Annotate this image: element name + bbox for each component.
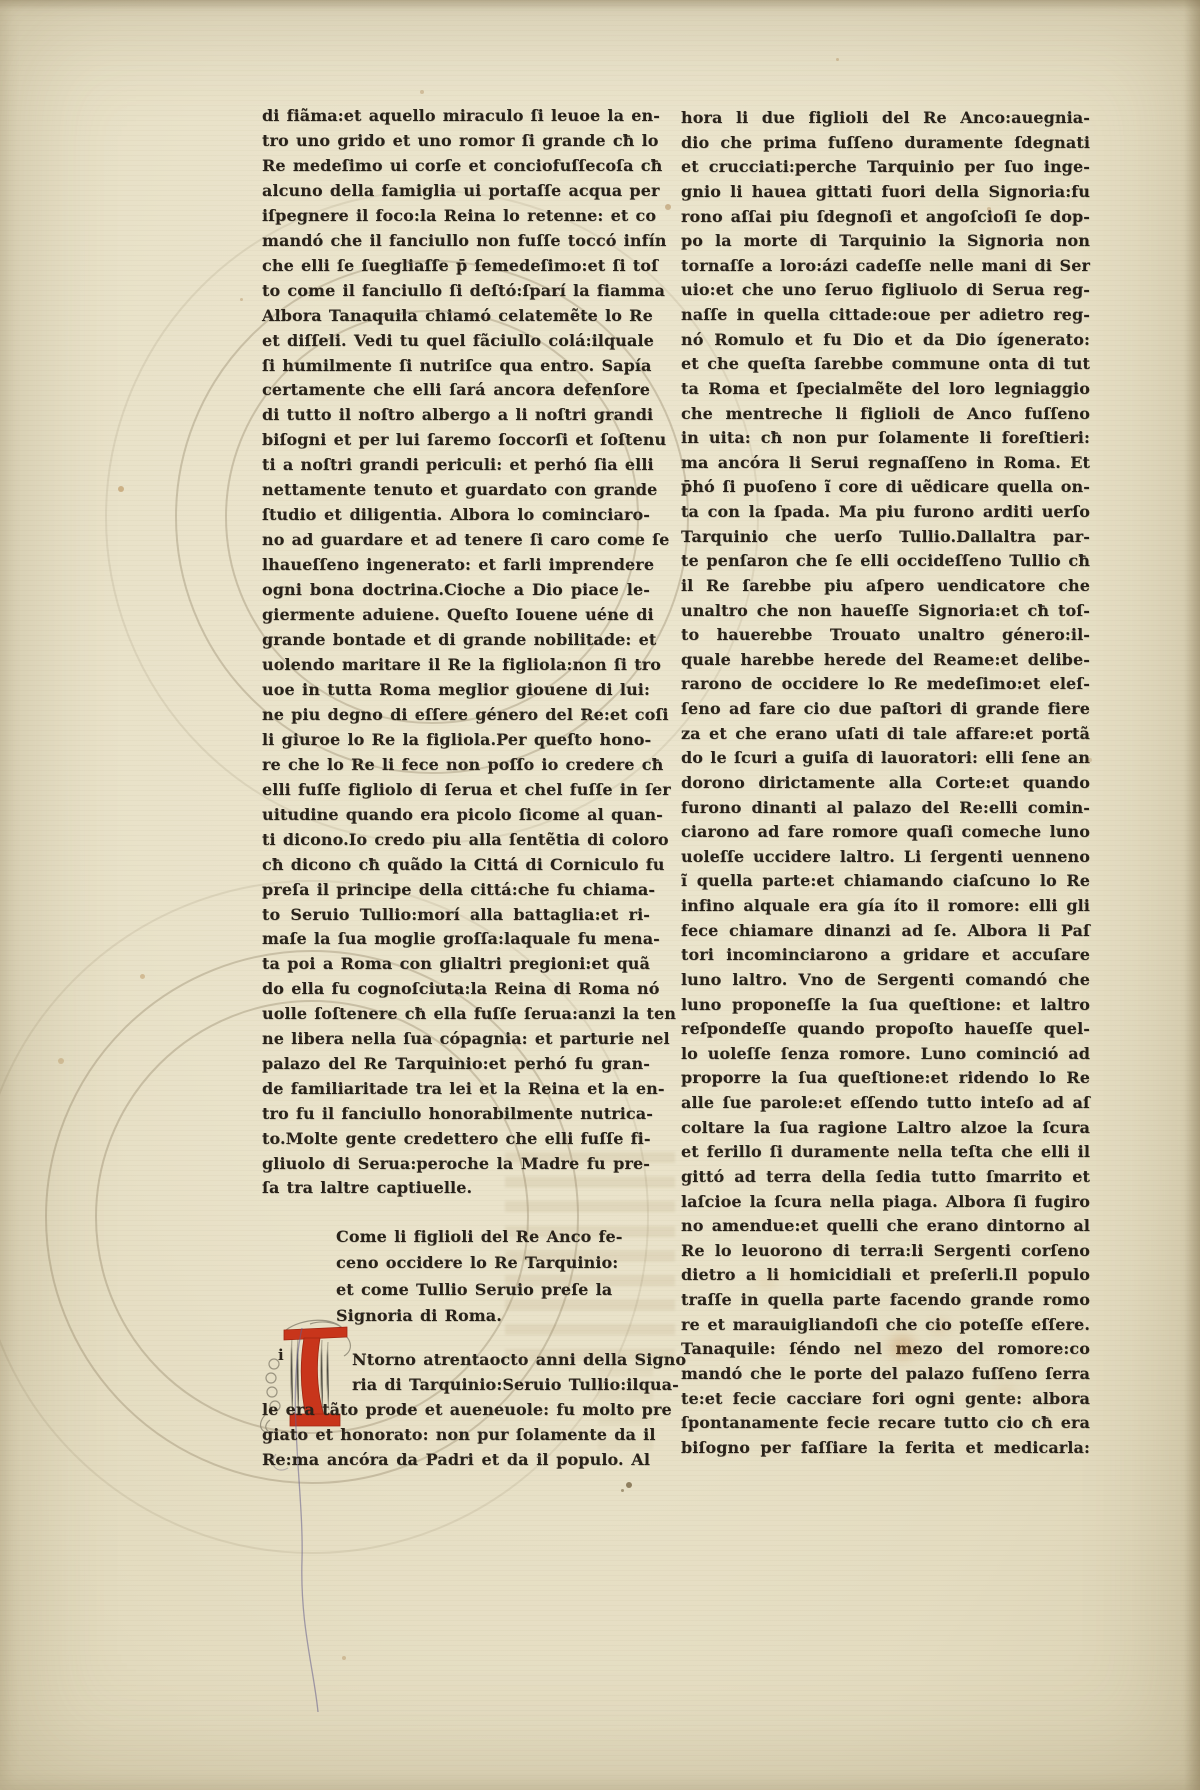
text-line: traſſe in quella parte facendo grande ro…	[681, 1288, 1090, 1313]
text-line: re che lo Re li fece non poſſo io creder…	[262, 753, 650, 778]
foxing-spot	[836, 58, 839, 61]
text-line: tro fu il fanciullo honorabilmente nutri…	[262, 1102, 650, 1127]
text-line: uoleſſe uccidere laltro. Li ſergenti uen…	[681, 845, 1090, 870]
text-line: ti dicono.Io credo piu alla ſentẽtia di …	[262, 828, 650, 853]
text-line: et come Tullio Seruio preſe la	[336, 1277, 666, 1303]
text-line: Ntorno atrentaocto anni della Signo	[352, 1348, 648, 1373]
text-line: uolendo maritare il Re la figliola:non ſ…	[262, 653, 650, 678]
text-line: ogni bona doctrina.Cioche a Dio piace le…	[262, 578, 650, 603]
text-line: do le ſcuri a guiſa di lauoratori: elli …	[681, 746, 1090, 771]
text-line: uolle ſoſtenere cħ ella fuſſe ſerua:anzi…	[262, 1002, 650, 1027]
ink-speck	[626, 1482, 632, 1488]
text-line: uoe in tutta Roma meglior giouene di lui…	[262, 678, 650, 703]
text-line: che mentreche li figlioli de Anco fuſſen…	[681, 402, 1090, 427]
text-line: ſtudio et diligentia. Albora lo comincia…	[262, 503, 650, 528]
text-line: gliuolo di Serua:peroche la Madre fu pre…	[262, 1152, 650, 1177]
foxing-spot	[118, 486, 124, 492]
text-line: Come li figlioli del Re Anco fe-	[336, 1224, 666, 1250]
text-line: coltare la ſua ragione Laltro alzoe la ſ…	[681, 1116, 1090, 1141]
text-line: certamente che elli ſará ancora defenſor…	[262, 378, 650, 403]
page-edge-shadow-top	[0, 0, 1200, 10]
text-line: luno laltro. Vno de Sergenti comandó che	[681, 968, 1090, 993]
text-line: le era tãto prode et aueneuole: fu molto…	[262, 1398, 650, 1423]
text-line: gnio li hauea gittati fuori della Signor…	[681, 180, 1090, 205]
text-line: ſeno ad fare cio due paſtori di grande f…	[681, 697, 1090, 722]
text-line: di fiãma:et aquello miraculo ſi leuoe la…	[262, 104, 650, 129]
ink-speck	[621, 1489, 624, 1492]
text-line: ſi humilmente ſi nutriſce qua entro. Sap…	[262, 354, 650, 379]
text-line: te:et fecie cacciare fori ogni gente: al…	[681, 1387, 1090, 1412]
text-line: il Re ſarebbe piu aſpero uendicatore che	[681, 574, 1090, 599]
text-line: Re:ma ancóra da Padri et da il populo. A…	[262, 1448, 650, 1473]
text-line: dorono dirictamente alla Corte:et quando	[681, 771, 1090, 796]
text-line: reſpondeſſe quando propoſto haueſſe quel…	[681, 1017, 1090, 1042]
text-line: elli fuſſe figliolo di ſerua et chel fuſ…	[262, 778, 650, 803]
text-line: uio:et che uno ſeruo figliuolo di Serua …	[681, 278, 1090, 303]
text-line: li giuroe lo Re la figliola.Per queſto h…	[262, 728, 650, 753]
text-line: luno proponeſſe la ſua queſtione: et lal…	[681, 993, 1090, 1018]
text-line: ĩ quella parte:et chiamando ciaſcuno lo …	[681, 869, 1090, 894]
foxing-spot	[240, 298, 243, 301]
text-line: to hauerebbe Trouato unaltro género:il-	[681, 623, 1090, 648]
text-line: ti a noſtri grandi periculi: et perhó ſi…	[262, 453, 650, 478]
text-line: rono aſſai piu ſdegnoſi et angoſcioſi ſe…	[681, 205, 1090, 230]
text-line: p̄hó ſi puoſeno ĩ core di uẽdicare quell…	[681, 475, 1090, 500]
text-line: ne piu degno di eſſere género del Re:et …	[262, 703, 650, 728]
text-line: nettamente tenuto et guardato con grande	[262, 478, 650, 503]
text-line: ria di Tarquinio:Seruio Tullio:ilqua-	[352, 1373, 648, 1398]
text-line: et crucciati:perche Tarquinio per ſuo in…	[681, 155, 1090, 180]
text-line: tro uno grido et uno romor ſi grande cħ …	[262, 129, 650, 154]
text-line: iſpegnere il foco:la Reina lo retenne: e…	[262, 204, 650, 229]
text-line: ne libera nella ſua cópagnia: et parturi…	[262, 1027, 650, 1052]
text-line: Re lo leuorono di terra:li Sergenti corſ…	[681, 1239, 1090, 1264]
text-line: ceno occidere lo Re Tarquinio:	[336, 1250, 666, 1276]
left-column: di fiãma:et aquello miraculo ſi leuoe la…	[262, 104, 650, 1177]
text-line: preſa il principe della cittá:che fu chi…	[262, 878, 650, 903]
text-line: no ad guardare et ad tenere ſi caro come…	[262, 528, 650, 553]
foxing-spot	[58, 1058, 64, 1064]
foxing-spot	[665, 204, 671, 210]
text-line: palazo del Re Tarquinio:et perhó fu gran…	[262, 1052, 650, 1077]
text-line: laſcioe la ſcura nella piaga. Albora ſi …	[681, 1190, 1090, 1215]
text-line: tornaſſe a loro:ázi cadeſſe nelle mani d…	[681, 254, 1090, 279]
text-line: unaltro che non haueſſe Signoria:et cħ t…	[681, 599, 1090, 624]
text-line: naſſe in quella cittade:oue per adietro …	[681, 303, 1090, 328]
text-line: cħ dicono cħ quãdo la Cittá di Corniculo…	[262, 853, 650, 878]
text-line: giermente aduiene. Queſto Iouene uéne di	[262, 603, 650, 628]
text-line: in uita: cħ non pur ſolamente li foreſti…	[681, 426, 1090, 451]
text-line: ciarono ad fare romore quaſi comeche lun…	[681, 820, 1090, 845]
text-line: ta Roma et ſpecialmẽte del loro legniagg…	[681, 377, 1090, 402]
text-line: che elli ſe ſuegliaſſe p̄ ſemedeſimo:et …	[262, 254, 650, 279]
text-line: biſogni et per lui ſaremo ſoccorſi et ſo…	[262, 428, 650, 453]
text-line: tori incominciarono a gridare et accuſar…	[681, 943, 1090, 968]
text-line: dietro a li homicidiali et preſerli.Il p…	[681, 1263, 1090, 1288]
text-line: to come il fanciullo ſi deſtó:ſparí la f…	[262, 279, 650, 304]
text-line: giato et honorato: non pur ſolamente da …	[262, 1423, 650, 1448]
text-line: furono dinanti al palazo del Re:elli com…	[681, 796, 1090, 821]
text-line: hora li due figlioli del Re Anco:auegnia…	[681, 106, 1090, 131]
text-line: mandó che le porte del palazo fuſſeno ſe…	[681, 1362, 1090, 1387]
chapter-heading: Come li figlioli del Re Anco fe-ceno occ…	[336, 1224, 666, 1330]
text-line: lhaueſſeno ingenerato: et farli imprende…	[262, 553, 650, 578]
text-line: infino alquale era gía íto il romore: el…	[681, 894, 1090, 919]
text-line: za et che erano uſati di tale affare:et …	[681, 722, 1090, 747]
left-column-last-line: ſa tra laltre captiuelle.	[262, 1176, 650, 1201]
text-line: po la morte di Tarquinio la Signoria non	[681, 229, 1090, 254]
initial-paragraph-indented: Ntorno atrentaocto anni della Signoria d…	[352, 1348, 648, 1398]
text-line: grande bontade et di grande nobilitade: …	[262, 628, 650, 653]
text-line: biſogno per faſſiare la ferita et medica…	[681, 1436, 1090, 1461]
page-edge-shadow-right	[1184, 0, 1200, 1790]
text-line: Tanaquile: ſéndo nel mezo del romore:co	[681, 1337, 1090, 1362]
text-line: ma ancóra li Serui regnaſſeno in Roma. E…	[681, 451, 1090, 476]
text-line: fece chiamare dinanzi ad ſe. Albora li P…	[681, 919, 1090, 944]
text-line: mandó che il fanciullo non fuſſe toccó i…	[262, 229, 650, 254]
text-line: no amendue:et quelli che erano dintorno …	[681, 1214, 1090, 1239]
text-line: et diſſeli. Vedi tu quel fãciullo colá:i…	[262, 329, 650, 354]
initial-paragraph-full: le era tãto prode et aueneuole: fu molto…	[262, 1398, 650, 1473]
text-line: dio che prima fuſſeno duramente ſdegnati	[681, 131, 1090, 156]
text-line: gittó ad terra della ſedia tutto ſmarrit…	[681, 1165, 1090, 1190]
text-line: Re medeſimo ui corſe et conciofuſſecoſa …	[262, 154, 650, 179]
text-line: Albora Tanaquila chiamó celatemẽte lo Re	[262, 304, 650, 329]
book-page-scan: di fiãma:et aquello miraculo ſi leuoe la…	[0, 0, 1200, 1790]
text-line: alle ſue parole:et eſſendo tutto inteſo …	[681, 1091, 1090, 1116]
text-line: di tutto il noſtro albergo a li noſtri g…	[262, 403, 650, 428]
text-line: do ella fu cognoſciuta:la Reina di Roma …	[262, 977, 650, 1002]
foxing-spot	[420, 90, 424, 94]
foxing-spot	[140, 974, 145, 979]
marginal-pen-flourish	[270, 1320, 350, 1720]
text-line: Signoria di Roma.	[336, 1303, 666, 1329]
text-line: re et marauigliandoſi che cio poteſſe eſ…	[681, 1313, 1090, 1338]
text-line: te penſaron che ſe elli occideſſeno Tull…	[681, 549, 1090, 574]
text-line: alcuno della famiglia ui portaſſe acqua …	[262, 179, 650, 204]
text-line: ſpontanamente fecie recare tutto cio cħ …	[681, 1411, 1090, 1436]
text-line: et ferillo ſi duramente nella teſta che …	[681, 1140, 1090, 1165]
text-line: lo uoleſſe ſenza romore. Luno cominció a…	[681, 1042, 1090, 1067]
text-line: proporre la ſua queſtione:et ridendo lo …	[681, 1066, 1090, 1091]
text-line: de familiaritade tra lei et la Reina et …	[262, 1077, 650, 1102]
right-column: hora li due figlioli del Re Anco:auegnia…	[681, 106, 1090, 1460]
text-line: et che queſta ſarebbe commune onta di tu…	[681, 352, 1090, 377]
text-line: rarono de occidere lo Re medeſimo:et ele…	[681, 672, 1090, 697]
text-line: to Seruio Tullio:morí alla battaglia:et …	[262, 903, 650, 928]
text-line: maſe la ſua moglie groſſa:laquale fu men…	[262, 927, 650, 952]
text-line: nó Romulo et fu Dio et da Dio ígenerato:	[681, 328, 1090, 353]
text-line: ta poi a Roma con glialtri pregioni:et q…	[262, 952, 650, 977]
text-line: uitudine quando era picolo ſicome al qua…	[262, 803, 650, 828]
text-line: quale harebbe herede del Reame:et delibe…	[681, 648, 1090, 673]
text-line: to.Molte gente credettero che elli fuſſe…	[262, 1127, 650, 1152]
text-line: Tarquinio che uerſo Tullio.Dallaltra par…	[681, 525, 1090, 550]
text-line: ta con la ſpada. Ma piu furono arditi ue…	[681, 500, 1090, 525]
